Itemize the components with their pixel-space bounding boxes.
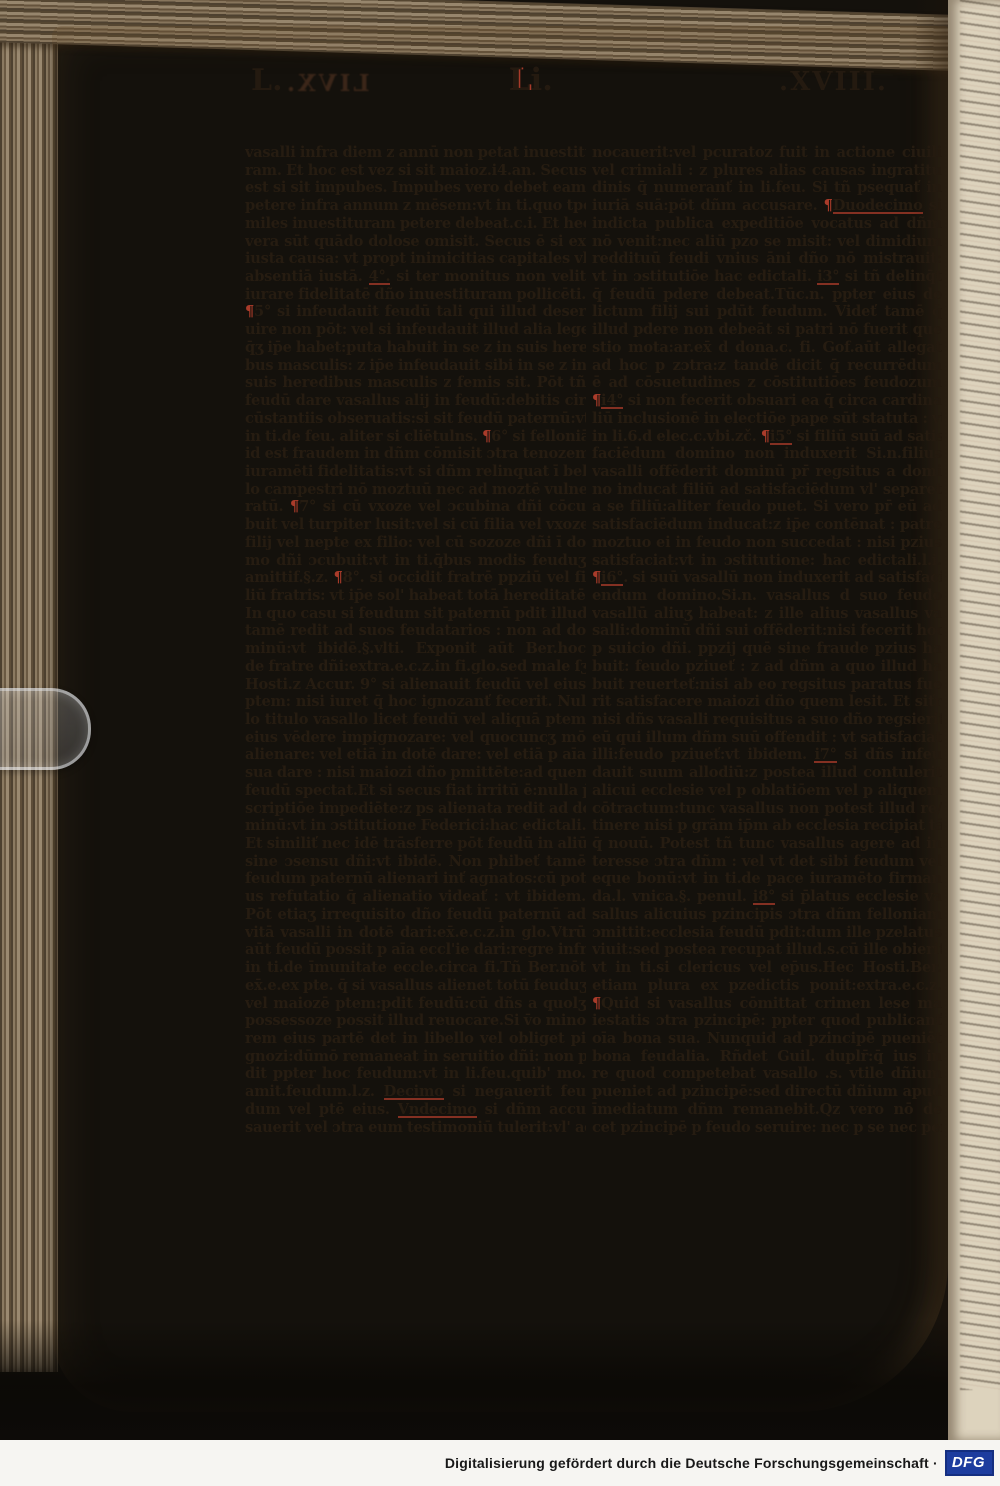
text-line: petere infra annum z mēsem:vt in ti.quo … [245, 197, 586, 215]
gutter-shadow [912, 0, 952, 1400]
text-line: cōtractum:tunc vasallus non potest illud… [592, 800, 942, 818]
text-line: eius vēdere impignozare: vel quocuncʒ mō [245, 729, 586, 747]
text-line: iuramēti fidelitatis:vt si dñm relinquat… [245, 463, 586, 481]
text-line: alicui ecclesie vel p oblatiōem vel p al… [592, 782, 942, 800]
text-line: illi:feudo pziueť:vt ibidem. i7° si dñs … [592, 746, 942, 764]
text-line: suis heredibus masculis z femis sit. Pōt… [245, 374, 586, 392]
page-holder-clip [0, 688, 91, 770]
text-line: amittif.§.z. ¶8°. si occidit fratrē ppzi… [245, 569, 586, 587]
text-line: us refutatio q̄ alienatio videať : vt ib… [245, 888, 586, 906]
text-line: scriptiōe impediēte:z ps alienata redit … [245, 800, 586, 818]
text-line: da.l. vnica.§. penul. i8° si p̄latus ecc… [592, 888, 942, 906]
text-line: amit.feudum.l.z. Decimo si negauerit feu [245, 1083, 586, 1101]
text-line: eū qui illum dñm suū offendit : vt satis… [592, 729, 942, 747]
text-line: pueniet ad pzincipē:sed directū dñium ap… [592, 1083, 942, 1101]
text-line: satisfaciat:vt in ɔstitutione: hac edict… [592, 552, 942, 570]
text-line: sine ɔsensu dñi:vt ibidē. Non phibeť tam… [245, 853, 586, 871]
text-line: buit reuerteť:nisi ab eo regsitus paratu… [592, 676, 942, 694]
text-line: gnozi:dūmō remaneat in seruitio dñi: non… [245, 1048, 586, 1066]
text-line: absentiā iustā. 4°. si ter monitus non v… [245, 268, 586, 286]
text-line: dit ppter hoc feudum:vt in li.feu.quib' … [245, 1065, 586, 1083]
text-line: feudū spectat.Et si secus fiat irritū ē:… [245, 782, 586, 800]
text-line: tamē redit ad suos feudatarios : non ad … [245, 622, 586, 640]
text-line: ¶5° si infeudauit feudū tali qui illud d… [245, 303, 586, 321]
dfg-logo: DFG [945, 1450, 994, 1476]
main-page: LIVX. L. Li. .XVIII. vasalli infra diem … [52, 26, 948, 1412]
text-line: feudum paternū alienari inť agnatos:cū p… [245, 870, 586, 888]
text-line: ptem: nisi iuret q̄ hoc ignozanť fecerit… [245, 693, 586, 711]
text-line: q̄ʒ ip̄e habet:puta habuit in se z in su… [245, 339, 586, 357]
page-stack-left-edge [0, 0, 58, 1372]
text-line: mo dñi ɔcubuit:vt in ti.q̄bus modis feud… [245, 552, 586, 570]
text-line: In quo casu si feudum sit paternū pdit i… [245, 605, 586, 623]
text-line: rem eius partē det in libello vel oblige… [245, 1030, 586, 1048]
text-line: re quod competebat vasallo .s. vtile dñi… [592, 1065, 942, 1083]
text-line: vitā vasalli in dotē dari:ex̄.e.c.z.in g… [245, 924, 586, 942]
next-page-edge [948, 0, 1000, 1440]
text-line: filij vel nepte ex filio: vel cū sozoze … [245, 534, 586, 552]
text-line: liū fratris: vt ip̄e sol' habeat totā he… [245, 587, 586, 605]
text-column-right: nocauerit:vel pcuratoz fuit in actione c… [592, 144, 942, 1136]
digitization-credit-text: Digitalisierung gefördert durch die Deut… [445, 1455, 938, 1471]
text-line: vasalli infra diem z annū non petat inue… [245, 144, 586, 162]
text-block: vasalli infra diem z annū non petat inue… [245, 144, 942, 1136]
text-line: sua dare : nisi maiozi dño pmittēte:ad q… [245, 764, 586, 782]
text-line: iurare fidelitatē dño inuestituram polli… [245, 286, 586, 304]
text-line: minū:vt in ɔstitutione Federici:hac edic… [245, 817, 586, 835]
text-line: ex̄.e.ex pte. q̄ si vasallus alienet tot… [245, 977, 586, 995]
text-line: p suicio dñi. ppzij quē sine fraude pziu… [592, 640, 942, 658]
text-line: tinere nisi p grām ip̄m ab ecclesia reci… [592, 817, 942, 835]
text-line: lo titulo vasallo licet feudū vel aliquā… [245, 711, 586, 729]
text-line: ram. Et hoc est vez si sit maioz.i4.an. … [245, 162, 586, 180]
text-line: alienare: vel etiā in dotē dare: vel eti… [245, 746, 586, 764]
text-line: buit vel turpiter lusit:vel si cū filia … [245, 516, 586, 534]
text-line: sauerit vel ɔtra eum testimoniū tulerit:… [245, 1119, 586, 1137]
text-line: feudū dare vasallus alij in feudū:debiti… [245, 392, 586, 410]
text-line: de fratre dñi:extra.e.c.z.in fi.glo.sed … [245, 658, 586, 676]
text-line: lictum filij sui pdūt feudum. Videť tamē… [592, 303, 942, 321]
text-line: stio mota:ar.ex̄ d dona.c. fi. Gof.aūt a… [592, 339, 942, 357]
text-line: illud pdere non debeāt si patri nō fueri… [592, 321, 942, 339]
text-line: vasalli offēderit dominū pr̄ regsitus a … [592, 463, 942, 481]
text-line: vel crimiali : z plures alias causas ing… [592, 162, 942, 180]
text-line: iestatis ɔtra pzincipē: ppter quod publi… [592, 1012, 942, 1030]
header-folio-number: .XVIII. [779, 67, 888, 97]
text-line: Et similiť nec idē trāsferre pōt feudū i… [245, 835, 586, 853]
text-line: dinis q̄ numeranť in li.feu. Si tñ psequ… [592, 179, 942, 197]
text-line: vt in ɔstitutiōe hac edictali. i3° si tñ… [592, 268, 942, 286]
text-line: iusta causa: vt propt inimicitias capita… [245, 250, 586, 268]
text-line: vera sūt quādo dolose omisit. Secus ē si… [245, 233, 586, 251]
text-line: ¶Quid si vasallus cōmittat crimen lese m… [592, 995, 942, 1013]
text-line: satisfaciēdum inducat:z ip̄e contēnat : … [592, 516, 942, 534]
text-line: bus masculis: z ip̄e infeudauit sibi in … [245, 357, 586, 375]
text-line: indicta publica expeditiōe vocatus ad dñ… [592, 215, 942, 233]
text-line: moztuo ei in feudo non succedat : nisi p… [592, 534, 942, 552]
text-line: nocauerit:vel pcuratoz fuit in actione c… [592, 144, 942, 162]
text-line: ad hoc p zɔtra:z tandē dicit q̄ recurrēd… [592, 357, 942, 375]
text-line: uire non pōt: vel si infeudauit illud al… [245, 321, 586, 339]
background-shadow [0, 1320, 948, 1440]
text-line: bona feudalia. Rñdet Guil. duplr̄:q̄ ius… [592, 1048, 942, 1066]
text-line: nō venit:nec aliū pzo se misit: vel dimi… [592, 233, 942, 251]
text-line: minū:vt ibidē.§.vlti. Exponit aūt Ber.ho… [245, 640, 586, 658]
digitization-credit-bar: Digitalisierung gefördert durch die Deut… [0, 1440, 1000, 1486]
text-line: a se filiū:aliter feudo puet. Si vero pr… [592, 498, 942, 516]
text-line: sallus alicuius pzincipis ɔtra dñm fello… [592, 906, 942, 924]
text-line: id est fraudem in dñm cōmisit ɔtra tenoz… [245, 445, 586, 463]
page-header: L. Li. .XVIII. [245, 62, 942, 98]
text-line: vt in ti.si clericus vel ep̄us.Hec Hosti… [592, 959, 942, 977]
text-line: ratū. ¶7° si cū vxoze vel ɔcubina dñi cō… [245, 498, 586, 516]
text-line: aūt feudū possit p aīa eccl'ie dari:regr… [245, 941, 586, 959]
text-line: dauit suum allodiū:z postea illud contul… [592, 764, 942, 782]
text-line: liū inclusionē in electiōe pape sūt stat… [592, 410, 942, 428]
text-line: ɔmittit:ecclesia feudū pdit:dum ille pze… [592, 924, 942, 942]
text-line: iuriā suā:pōt dñm accusare. ¶Duodecimo s… [592, 197, 942, 215]
text-line: salli:dominū dñi sui offēderit:nisi fece… [592, 622, 942, 640]
text-line: reddituū feudi vnius āni dño nō mistraui… [592, 250, 942, 268]
text-line: ¶i4° si non fecerit obsuari ea q̄ circa … [592, 392, 942, 410]
text-line: est si sit impubes. Impubes vero debet e… [245, 179, 586, 197]
text-line: etiam plura ex pzedictis ponit:extra.e.c… [592, 977, 942, 995]
text-line: īmediatum dñm remanebit.Qz vero nō de [592, 1101, 942, 1119]
text-line: dum vel ptē eius. Vndecimo si dñm accu [245, 1101, 586, 1119]
header-left-signature: L. [251, 63, 283, 98]
text-line: faciēdum domino non induxerit Si.n.filiu… [592, 445, 942, 463]
text-line: eque bonū:vt in ti.de pace iuramēto firm… [592, 870, 942, 888]
text-line: nisi dñs vasalli requisitus a suo dño re… [592, 711, 942, 729]
book-photograph: LIVX. L. Li. .XVIII. vasalli infra diem … [0, 0, 1000, 1440]
text-line: lo campestri nō moztuū nec ad moztē vuln… [245, 481, 586, 499]
text-line: ¶i6°. si suū vasallū non induxerit ad sa… [592, 569, 942, 587]
text-line: q̄ feudū pdere debeat.Tūc.n. ppter eius … [592, 286, 942, 304]
text-line: in li.6.d elec.c.vbi.zč. ¶i5° si filiū s… [592, 428, 942, 446]
text-line: possessoze possit illud reuocare.Si v̄o … [245, 1012, 586, 1030]
text-column-left: vasalli infra diem z annū non petat inue… [245, 144, 586, 1136]
text-line: Pōt etiaʒ irrequisito dño feudū paternū … [245, 906, 586, 924]
text-line: no inducat filiū ad satisfaciēdum vl' se… [592, 481, 942, 499]
text-line: cet pzincipē p feudo seruire: nec p se n… [592, 1119, 942, 1137]
text-line: in ti.de feu. aliter si cliētulns. ¶6° s… [245, 428, 586, 446]
text-line: teresse ɔtra dñm : vel vt det sibi feudu… [592, 853, 942, 871]
text-line: in ti.de īmunitate eccle.circa fi.Tñ Ber… [245, 959, 586, 977]
text-line: vasallū aliuʒ habeat: z ille alius vasal… [592, 605, 942, 623]
text-line: cūstantiis obseruatis:si sit feudū pater… [245, 410, 586, 428]
text-line: oīa bona sua. Nunquid ad pzincipē pueniē… [592, 1030, 942, 1048]
text-line: miles inuestituram petere debeat.c.i. Et… [245, 215, 586, 233]
text-line: rit satisfacere maiozi dño quem lesit. E… [592, 693, 942, 711]
next-page-text-texture [960, 0, 1000, 1390]
text-line: endum domino.Si.n. vasallus d suo feudo [592, 587, 942, 605]
text-line: Hosti.z Accur. 9° si alienauit feudū vel… [245, 676, 586, 694]
text-line: buit: feudo pziueť : z ad dñm a quo illu… [592, 658, 942, 676]
header-center-title: Li. [509, 62, 553, 98]
text-line: viuit:sed postea recupat illud.s.cū ille… [592, 941, 942, 959]
text-line: vel maiozē ptem:pdit feudū:cū dñs a quol… [245, 995, 586, 1013]
text-line: q̄ nouū. Potest tñ tunc vasallus agere a… [592, 835, 942, 853]
text-line: ē ad cōsuetudines z cōstitutiōes feudozu… [592, 374, 942, 392]
